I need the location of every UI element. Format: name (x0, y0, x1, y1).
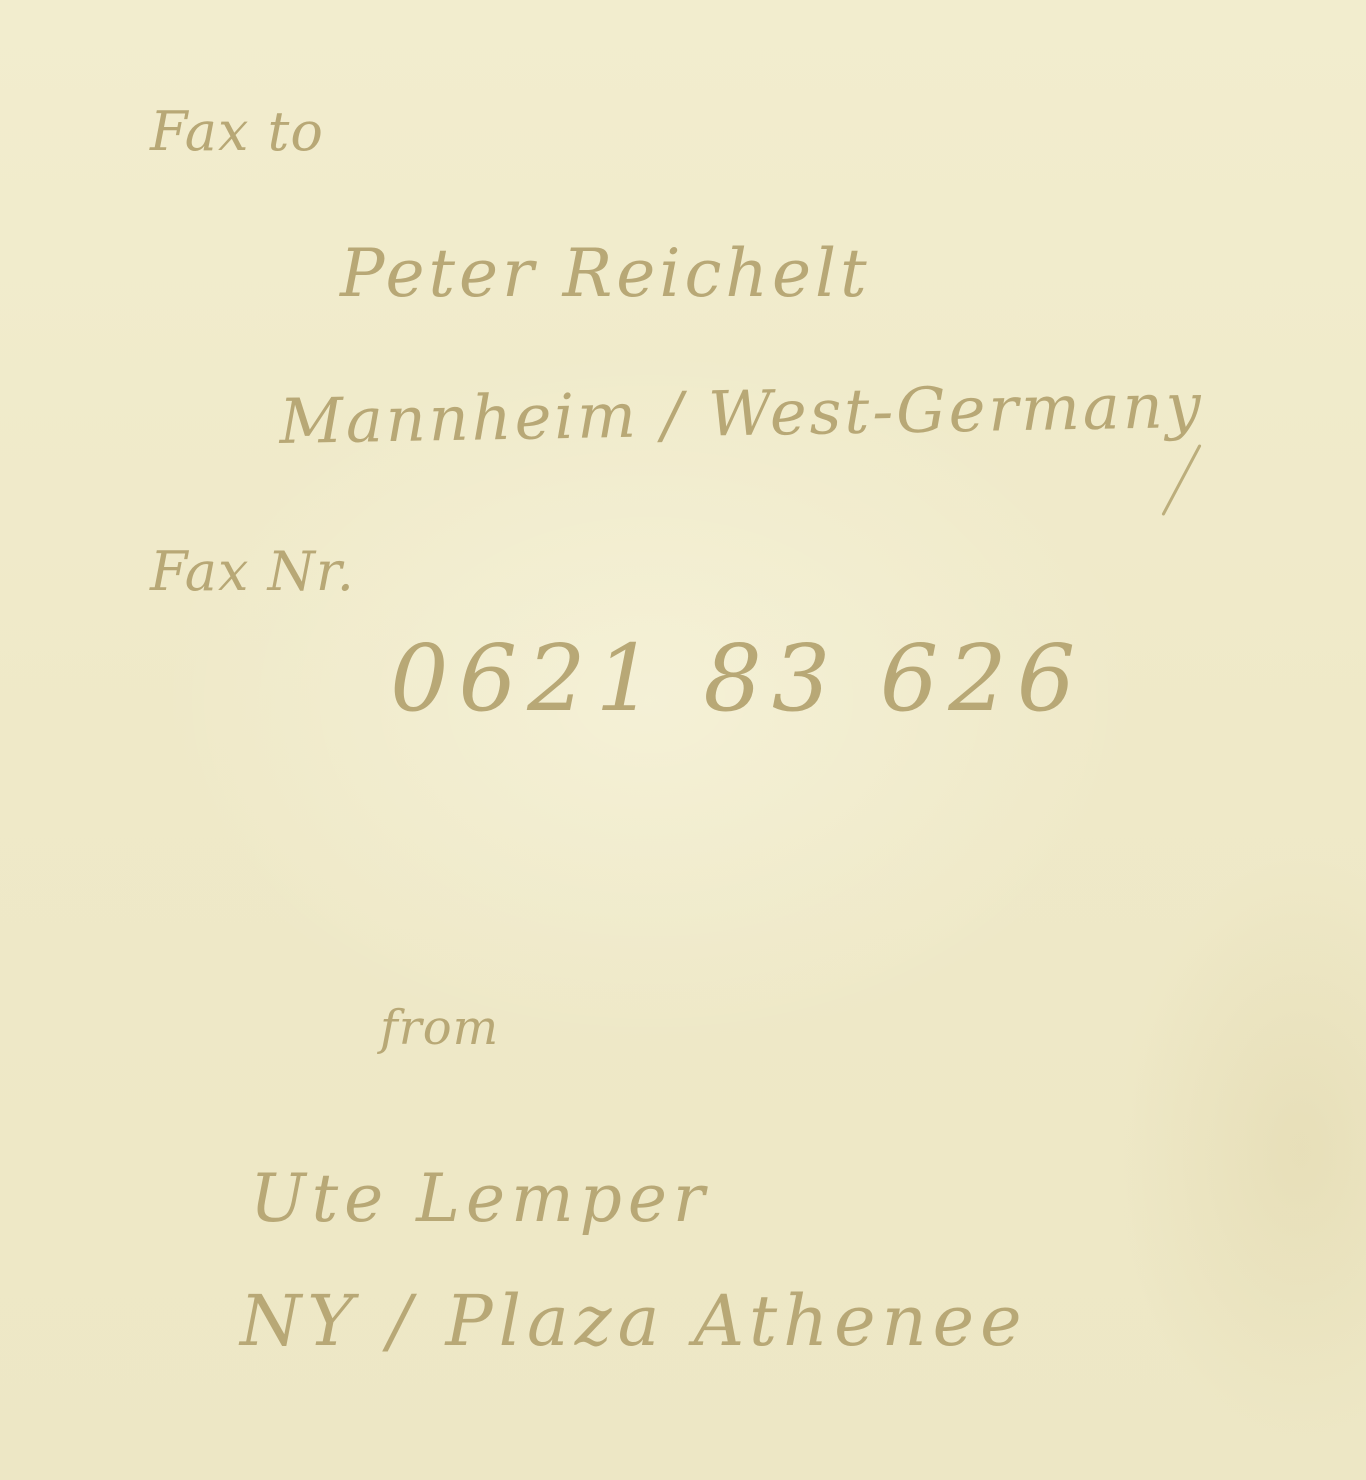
sender-name: Ute Lemper (250, 1160, 711, 1237)
recipient-name: Peter Reichelt (340, 235, 871, 312)
handwritten-fax-page: Fax to Peter Reichelt Mannheim / West-Ge… (0, 0, 1366, 1480)
from-label: from (380, 1000, 499, 1056)
fax-to-heading: Fax to (150, 100, 324, 163)
sender-location: NY / Plaza Athenee (240, 1280, 1028, 1362)
recipient-location: Mannheim / West-Germany (279, 369, 1205, 458)
fax-number: 0621 83 626 (390, 625, 1085, 732)
pen-stroke-decoration (1161, 444, 1201, 516)
fax-number-label: Fax Nr. (150, 540, 355, 603)
